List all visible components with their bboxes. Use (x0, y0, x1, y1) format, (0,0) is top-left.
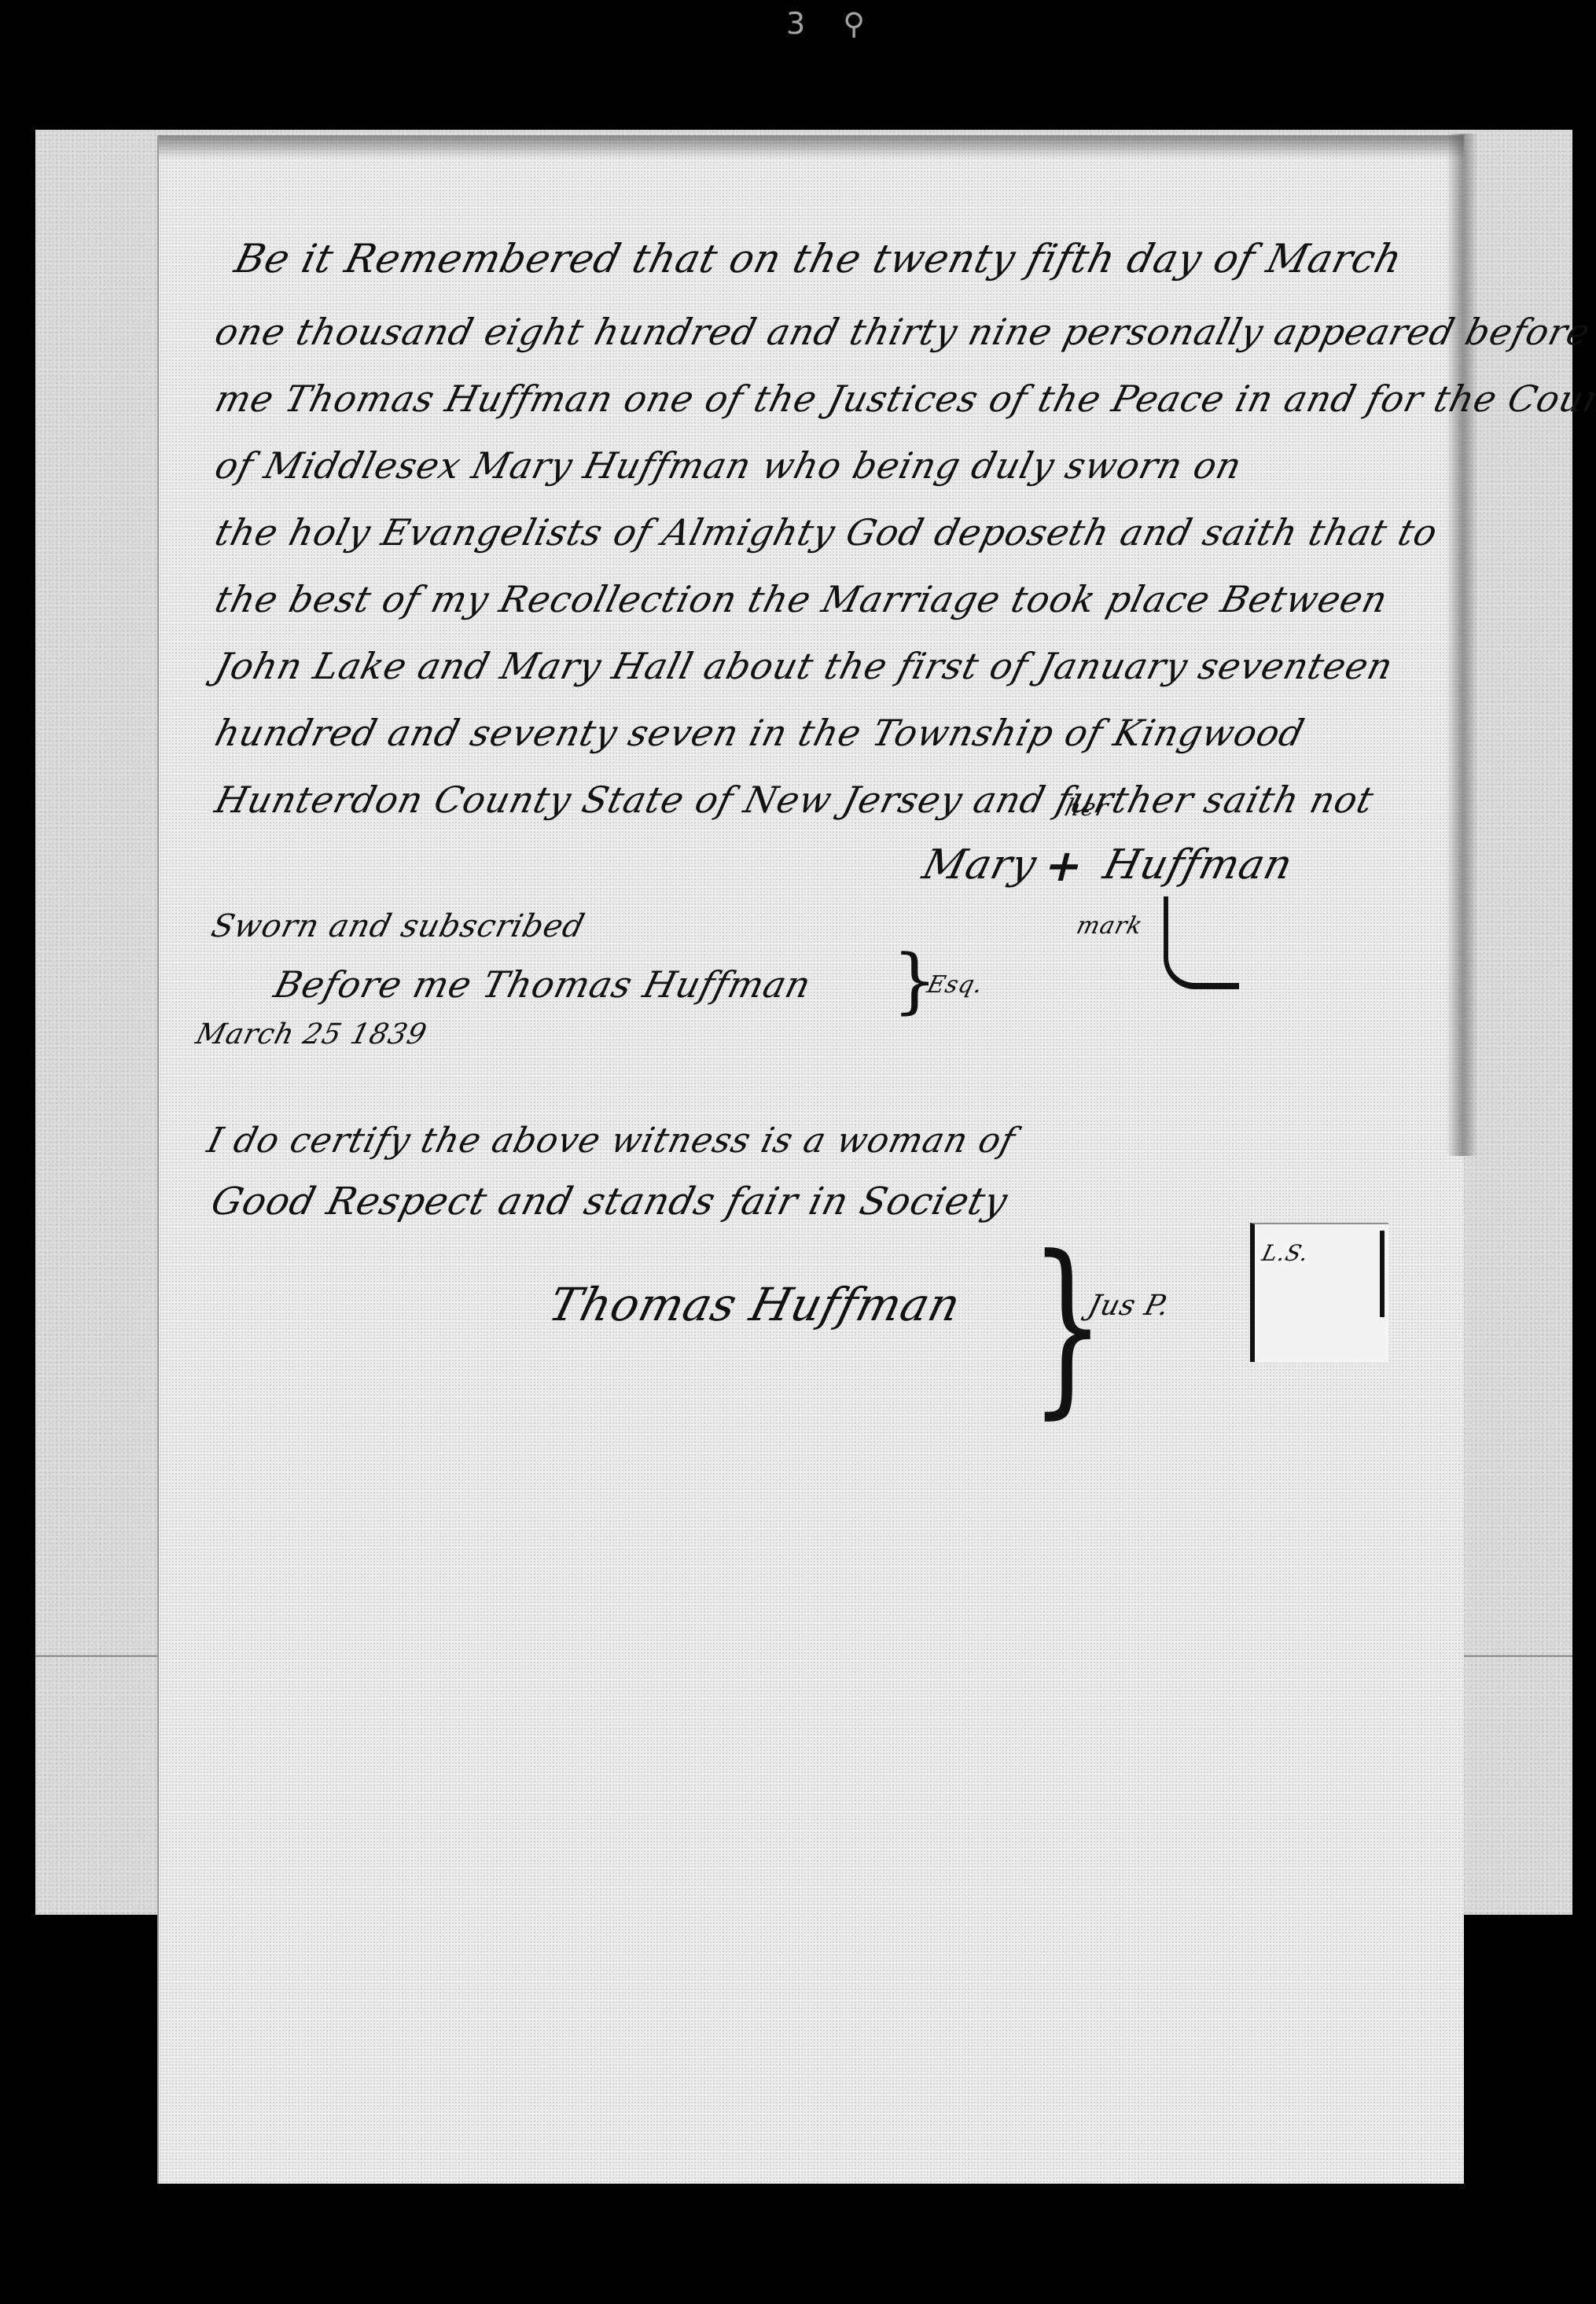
body-line-5: the holy Evangelists of Almighty God dep… (211, 511, 1442, 554)
right-fold-shadow (1447, 134, 1478, 1156)
justice-name: Thomas Huffman (544, 1278, 967, 1331)
jurat-date: March 25 1839 (193, 1018, 430, 1051)
deponent-last-name: Huffman (1099, 841, 1298, 889)
body-line-1: Be it Remembered that on the twenty fift… (230, 236, 1407, 282)
body-line-4: of Middlesex Mary Huffman who being duly… (211, 444, 1246, 487)
jurat-line-2: Before me Thomas Huffman (270, 963, 815, 1006)
frame-label: 3 ⚲ (786, 6, 879, 41)
deponent-first-name: Mary (918, 841, 1042, 889)
body-line-6: the best of my Recollection the Marriage… (211, 578, 1392, 620)
body-line-7: John Lake and Mary Hall about the first … (211, 645, 1397, 687)
body-line-9: Hunterdon County State of New Jersey and… (211, 778, 1378, 821)
mark-label: mark (1074, 912, 1146, 940)
certificate-line-2: Good Respect and stands fair in Society (207, 1180, 1013, 1224)
jurat-title: Esq. (925, 971, 987, 999)
body-line-2: one thousand eight hundred and thirty ni… (211, 311, 1594, 353)
body-line-8: hundred and seventy seven in the Townshi… (211, 712, 1309, 754)
justice-brace-icon: } (1030, 1217, 1105, 1436)
jurat-line-1: Sworn and subscribed (208, 908, 588, 944)
body-line-3: me Thomas Huffman one of the Justices of… (211, 377, 1596, 420)
mark-flourish-icon (1164, 896, 1239, 989)
justice-title: Jus P. (1085, 1290, 1173, 1322)
seal-label: L.S. (1260, 1240, 1312, 1266)
top-shadow (159, 135, 1464, 159)
certificate-line-1: I do certify the above witness is a woma… (204, 1121, 1020, 1161)
seal-edge-mark (1380, 1231, 1385, 1317)
her-label: her (1062, 794, 1112, 822)
seal-area: L.S. (1250, 1223, 1388, 1362)
